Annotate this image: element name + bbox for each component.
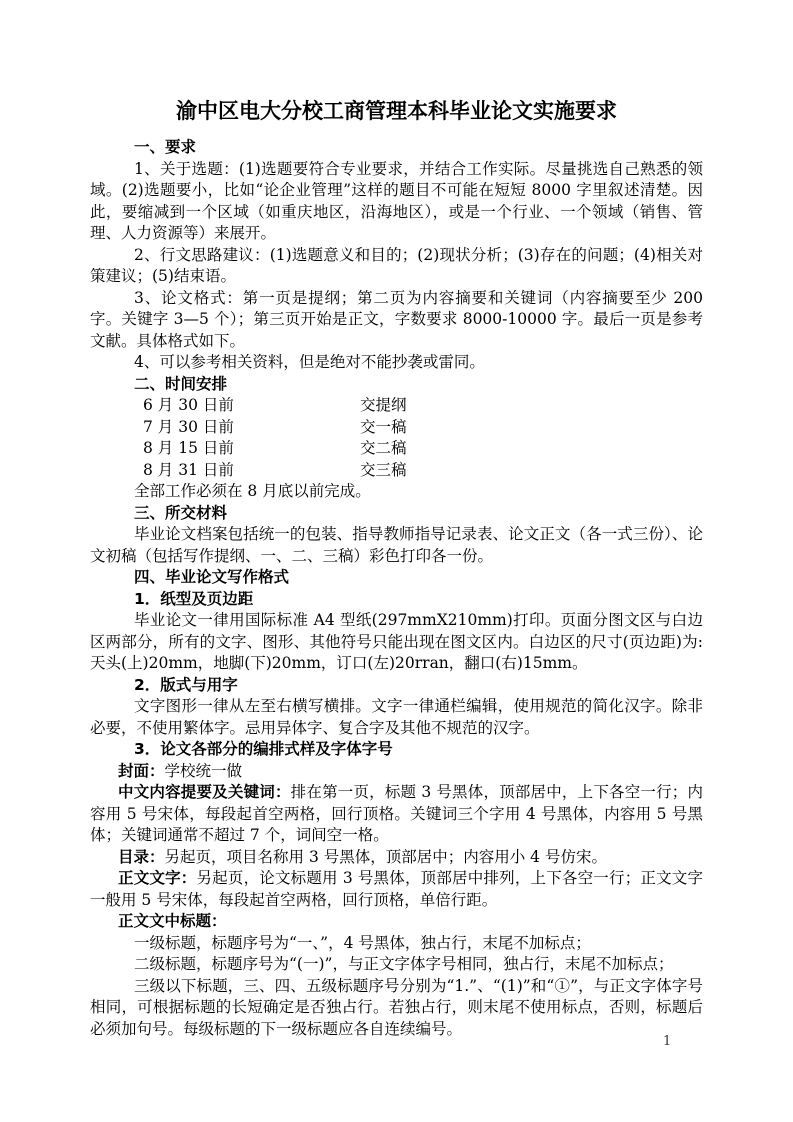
- paragraph-heading-level-2: 二级标题，标题序号为“(一)”，与正文字体字号相同，独占行，末尾不加标点；: [90, 954, 703, 976]
- entry-body-text: 正文文字：另起页，论文标题用 3 号黑体，顶部居中排列，上下各空一行；正文文字一…: [90, 868, 703, 911]
- schedule-date: 6 月 30 日前: [143, 396, 234, 414]
- schedule-deliverable: 交三稿: [360, 460, 407, 482]
- entry-toc-label: 目录：: [118, 848, 165, 866]
- schedule-date: 8 月 15 日前: [143, 439, 234, 457]
- schedule-row: 7 月 30 日前 交一稿: [90, 417, 703, 439]
- entry-cover: 封面：学校统一做: [90, 761, 703, 783]
- section-heading-schedule: 二、时间安排: [90, 374, 703, 396]
- section-heading-writing-format: 四、毕业论文写作格式: [90, 567, 703, 589]
- subsection-heading-part-styles: 3．论文各部分的编排式样及字体字号: [90, 739, 703, 761]
- document-page: 渝中区电大分校工商管理本科毕业论文实施要求 一、要求 1、关于选题：(1)选题要…: [0, 0, 793, 1122]
- paragraph-heading-level-3plus: 三级以下标题，三、四、五级标题序号分别为“1.”、“(1)”和“①”，与正文字体…: [90, 976, 703, 1041]
- entry-in-text-headings: 正文文中标题：: [90, 911, 703, 933]
- entry-cover-label: 封面：: [118, 762, 165, 780]
- paragraph-paper-size: 毕业论文一律用国际标准 A4 型纸(297mmX210mm)打印。页面分图文区与…: [90, 610, 703, 675]
- paragraph-layout-fonts: 文字图形一律从左至右横写横排。文字一律通栏编辑，使用规范的简化汉字。除非必要，不…: [90, 696, 703, 739]
- paragraph-writing-outline: 2、行文思路建议：(1)选题意义和目的；(2)现状分析；(3)存在的问题；(4)…: [90, 245, 703, 288]
- paragraph-thesis-format: 3、论文格式：第一页是提纲；第二页为内容摘要和关键词（内容摘要至少 200 字。…: [90, 288, 703, 353]
- schedule-deliverable: 交一稿: [360, 417, 407, 439]
- schedule-row: 6 月 30 日前 交提纲: [90, 395, 703, 417]
- paragraph-no-plagiarism: 4、可以参考相关资料，但是绝对不能抄袭或雷同。: [90, 352, 703, 374]
- entry-abstract-keywords: 中文内容提要及关键词：排在第一页，标题 3 号黑体，顶部居中，上下各空一行；内容…: [90, 782, 703, 847]
- document-body: 渝中区电大分校工商管理本科毕业论文实施要求 一、要求 1、关于选题：(1)选题要…: [90, 96, 703, 1040]
- entry-in-text-headings-label: 正文文中标题：: [118, 912, 227, 930]
- schedule-row: 8 月 15 日前 交二稿: [90, 438, 703, 460]
- schedule-date: 7 月 30 日前: [143, 418, 234, 436]
- section-heading-materials: 三、所交材料: [90, 503, 703, 525]
- entry-body-text-label: 正文文字：: [118, 869, 196, 887]
- schedule-deliverable: 交二稿: [360, 438, 407, 460]
- paragraph-materials: 毕业论文档案包括统一的包装、指导教师指导记录表、论文正文（各一式三份）、论文初稿…: [90, 524, 703, 567]
- paragraph-topic-selection: 1、关于选题：(1)选题要符合专业要求，并结合工作实际。尽量挑选自己熟悉的领域。…: [90, 159, 703, 245]
- entry-abstract-keywords-label: 中文内容提要及关键词：: [118, 783, 291, 801]
- subsection-heading-paper-size: 1．纸型及页边距: [90, 589, 703, 611]
- schedule-deliverable: 交提纲: [360, 395, 407, 417]
- document-title: 渝中区电大分校工商管理本科毕业论文实施要求: [90, 96, 703, 126]
- paragraph-heading-level-1: 一级标题，标题序号为“一、”，4 号黑体，独占行，末尾不加标点；: [90, 933, 703, 955]
- schedule-date: 8 月 31 日前: [143, 461, 234, 479]
- entry-toc-text: 另起页，项目名称用 3 号黑体，顶部居中；内容用小 4 号仿宋。: [165, 848, 607, 866]
- page-number: 1: [663, 1034, 671, 1050]
- schedule-note: 全部工作必须在 8 月底以前完成。: [90, 481, 703, 503]
- subsection-heading-layout-fonts: 2．版式与用字: [90, 675, 703, 697]
- entry-toc: 目录：另起页，项目名称用 3 号黑体，顶部居中；内容用小 4 号仿宋。: [90, 847, 703, 869]
- schedule-row: 8 月 31 日前 交三稿: [90, 460, 703, 482]
- entry-cover-text: 学校统一做: [165, 762, 243, 780]
- section-heading-requirements: 一、要求: [90, 137, 703, 159]
